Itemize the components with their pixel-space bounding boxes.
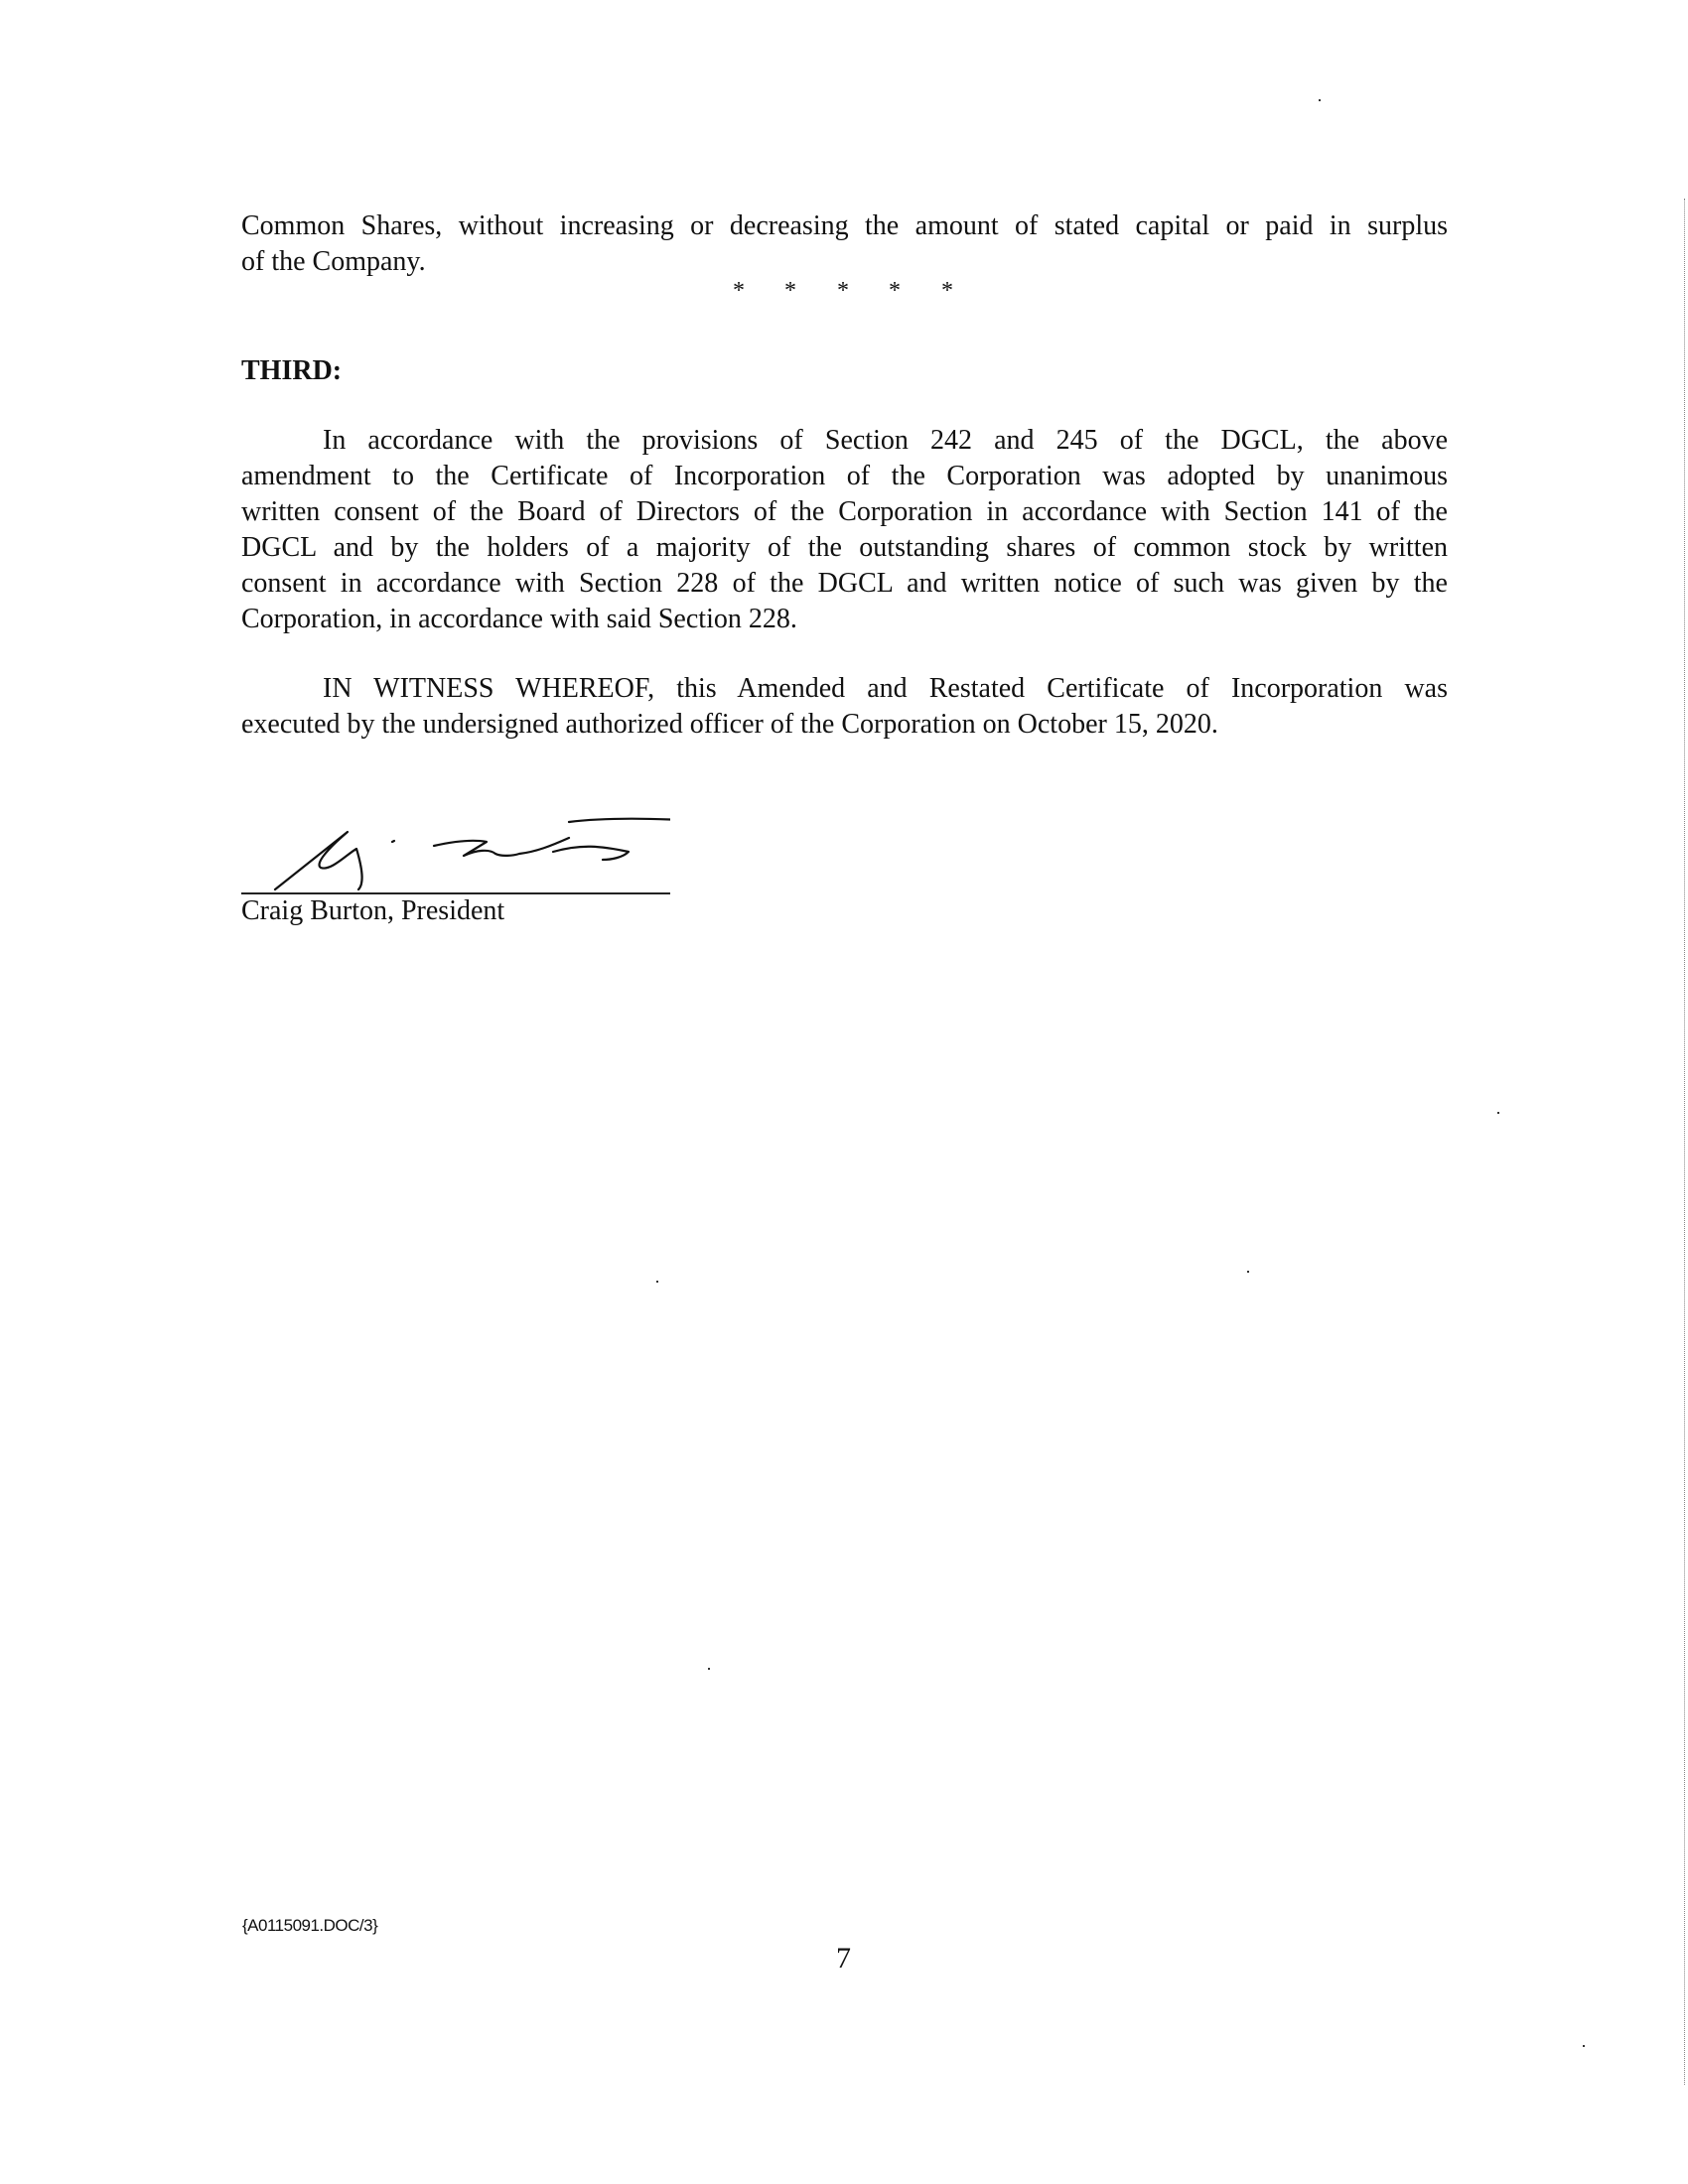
paragraph-line: Corporation, in accordance with said Sec… <box>241 602 1448 637</box>
paragraph-line: consent in accordance with Section 228 o… <box>241 566 1448 602</box>
scan-speck <box>1497 1112 1499 1114</box>
scan-speck <box>1319 99 1321 101</box>
separator-asterisk: * <box>837 278 849 305</box>
scan-edge-line <box>1684 199 1685 2085</box>
signer-name-title: Craig Burton, President <box>241 893 504 929</box>
handwritten-signature <box>253 794 670 893</box>
page-number: 7 <box>836 1942 851 1976</box>
continuation-line-2: of the Company. <box>241 244 1448 280</box>
scan-speck <box>1247 1271 1249 1273</box>
separator-asterisk: * <box>941 278 953 305</box>
separator-asterisk: * <box>733 278 745 305</box>
separator-asterisk: * <box>889 278 901 305</box>
scan-speck <box>656 1281 658 1283</box>
paragraph-line: executed by the undersigned authorized o… <box>241 707 1448 743</box>
paragraph-line: In accordance with the provisions of Sec… <box>323 423 1448 459</box>
scan-speck <box>708 1668 710 1670</box>
section-heading-third: THIRD: <box>241 353 342 389</box>
document-id-footer: {A0115091.DOC/3} <box>242 1916 377 1936</box>
continuation-line-1: Common Shares, without increasing or dec… <box>241 208 1448 244</box>
paragraph-line: IN WITNESS WHEREOF, this Amended and Res… <box>323 671 1448 707</box>
paragraph-line: amendment to the Certificate of Incorpor… <box>241 459 1448 494</box>
paragraph-line: DGCL and by the holders of a majority of… <box>241 530 1448 566</box>
document-page: Common Shares, without increasing or dec… <box>0 0 1688 2184</box>
paragraph-line: written consent of the Board of Director… <box>241 494 1448 530</box>
scan-speck <box>1583 2045 1585 2047</box>
separator-asterisk: * <box>784 278 796 305</box>
